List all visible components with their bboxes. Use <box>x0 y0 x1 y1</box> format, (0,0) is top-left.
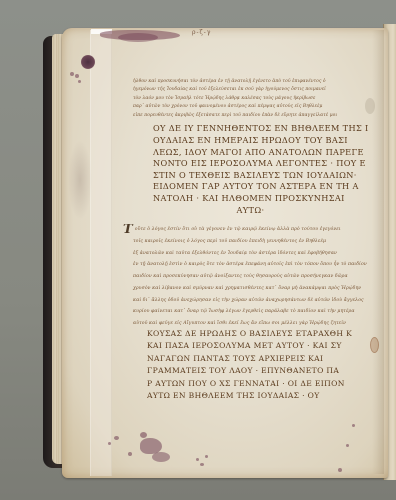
commentary-line: ἡγεμόνων τῆς Ἰουδαίας καὶ τοῦ ἐξελεύσετα… <box>133 86 368 94</box>
lemma-line: Ρ ΑΥΤΩΝ ΠΟΥ Ο ΧΣ ΓΕΝΝΑΤΑΙ · ΟΙ ΔΕ ΕΙΠΟΝ <box>147 378 367 390</box>
stain-speck <box>346 444 349 447</box>
stain-speck <box>205 455 208 458</box>
stain-speck <box>200 463 204 466</box>
lemma-line: ΚΑΙ ΠΑΣΑ ΙΕΡΟΣΟΛΥΜΑ ΜΕΤ ΑΥΤΟΥ · ΚΑΙ ΣΥ <box>147 340 367 352</box>
lemma-line: ΝΑΤΟΛΗ · ΚΑΙ ΗΛΘΟΜΕΝ ΠΡΟΣΚΥΝΗΣΑΙ <box>153 193 368 205</box>
commentary-line: εἶπε πορευθέντες ἀκριβῶς ἐξετάσατε περὶ … <box>133 112 368 120</box>
lemma-line: Τ ΟΥ ΔΕ ΙΥ ΓΕΝΝΗΘΕΝΤΟΣ ΕΝ ΒΗΘΛΕΕΜ ΤΗΣ Ι <box>153 123 368 135</box>
lemma-line: ΝΟΝΤΟ ΕΙΣ ΙΕΡΟΣΟΛΥΜΑ ΛΕΓΟΝΤΕΣ · ΠΟΥ Ε <box>153 158 368 170</box>
text-section-3: Α ΚΟΥΣΑΣ ΔΕ ΗΡΩΔΗΣ Ο ΒΑΣΙΛΕΥΣ ΕΤΑΡΑΧΘΗ Κ… <box>147 328 367 402</box>
commentary-line: κυρίου φαίνεται κατ᾽ ὄναρ τῷ Ἰωσὴφ λέγων… <box>123 306 373 318</box>
lemma-line-text: ΟΥ ΔΕ ΙΥ ΓΕΝΝΗΘΕΝΤΟΣ ΕΝ ΒΗΘΛΕΕΜ ΤΗΣ Ι <box>153 123 368 133</box>
commentary-line: ἦλθον καὶ προσκυνήσαι τὸν ἀστέρα ἐν τῇ ἀ… <box>133 78 368 86</box>
stain-speck <box>70 72 74 76</box>
commentary-line-text: οὔτε ὁ λόγος ἐστίν ὅτι οὐ τὰ γέγονεν ἐν … <box>135 227 341 232</box>
stain-speck <box>338 468 342 472</box>
text-section-1: ἦλθον καὶ προσκυνήσαι τὸν ἀστέρα ἐν τῇ ἀ… <box>133 78 368 216</box>
commentary-line: ἐν τῇ ἀνατολῇ ἐστὶν ὁ καιρὸς ὅτε τὸν ἀστ… <box>123 259 373 271</box>
lemma-line: ΣΤΙΝ Ο ΤΕΧΘΕΙΣ ΒΑΣΙΛΕΥΣ ΤΩΝ ΙΟΥΔΑΙΩΝ· <box>153 170 368 182</box>
text-section-2: Τ οὔτε ὁ λόγος ἐστίν ὅτι οὐ τὰ γέγονεν ἐ… <box>123 224 373 330</box>
page-gutter-shadow <box>372 30 384 474</box>
commentary-line: τοῖς καιροῖς ἐκείνοις ὁ λόγος περὶ τοῦ π… <box>123 236 373 248</box>
lemma-line: ΟΥΔΑΙΑΣ ΕΝ ΗΜΕΡΑΙΣ ΗΡΩΔΟΥ ΤΟΥ ΒΑΣΙ <box>153 135 368 147</box>
commentary-line: ἐξ ἀνατολῶν καὶ ταῦτα ἐξελθόντες ἐν Ἰουδ… <box>123 248 373 260</box>
commentary-line: χρυσὸν καὶ λίβανον καὶ σμύρναν καὶ χρημα… <box>123 283 373 295</box>
commentary-line: παρ᾽ αὐτῶν τὸν χρόνον τοῦ φαινομένου ἀστ… <box>133 103 368 111</box>
commentary-line: Τ οὔτε ὁ λόγος ἐστίν ὅτι οὐ τὰ γέγονεν ἐ… <box>123 224 373 236</box>
decorated-initial: Τ <box>123 224 133 236</box>
stain-bottom-cluster-2 <box>152 452 170 462</box>
lemma-line: Α ΚΟΥΣΑΣ ΔΕ ΗΡΩΔΗΣ Ο ΒΑΣΙΛΕΥΣ ΕΤΑΡΑΧΘΗ Κ <box>147 328 367 340</box>
stain-speck <box>196 458 199 461</box>
stain-bottom-cluster-3 <box>140 432 147 438</box>
stain-round-spot <box>81 55 95 69</box>
foxing-left-margin <box>68 140 92 220</box>
lemma-line: ΑΥΤΩ· <box>153 205 368 217</box>
commentary-line: καὶ δι᾽ ἄλλης ὁδοῦ ἀνεχώρησαν εἰς τὴν χώ… <box>123 295 373 307</box>
stain-speck <box>108 442 111 445</box>
repair-tape-strip <box>90 30 112 476</box>
stain-speck <box>114 436 119 440</box>
lemma-block: Τ ΟΥ ΔΕ ΙΥ ΓΕΝΝΗΘΕΝΤΟΣ ΕΝ ΒΗΘΛΕΕΜ ΤΗΣ Ι … <box>133 123 368 216</box>
water-stain-right <box>370 337 379 353</box>
lemma-line-text: ΚΟΥΣΑΣ ΔΕ ΗΡΩΔΗΣ Ο ΒΑΣΙΛΕΥΣ ΕΤΑΡΑΧΘΗ Κ <box>147 329 352 338</box>
lemma-line: ΑΥΤΩ ΕΝ ΒΗΘΛΕΕΜ ΤΗΣ ΙΟΥΔΑΙΑΣ · ΟΥ <box>147 390 367 402</box>
stain-speck <box>78 80 81 83</box>
top-margin-note: ρ‐ζ‐γ <box>192 29 211 36</box>
lemma-line: ΕΙΔΟΜΕΝ ΓΑΡ ΑΥΤΟΥ ΤΟΝ ΑΣΤΕΡΑ ΕΝ ΤΗ Α <box>153 181 368 193</box>
commentary-line: τὸν λαόν μου τὸν Ἰσραὴλ τότε Ἡρῴδης λάθρ… <box>133 95 368 103</box>
stain-speck <box>128 452 132 456</box>
lemma-line: ΓΡΑΜΜΑΤΕΙΣ ΤΟΥ ΛΑΟΥ · ΕΠΥΝΘΑΝΕΤΟ ΠΑ <box>147 365 367 377</box>
stain-speck <box>352 424 355 427</box>
stain-speck <box>75 74 79 78</box>
lemma-line: ΝΑΓΑΓΩΝ ΠΑΝΤΑΣ ΤΟΥΣ ΑΡΧΙΕΡΕΙΣ ΚΑΙ <box>147 353 367 365</box>
commentary-line: παιδίον καὶ προσεκύνησαν αὐτῷ ἀνοίξαντες… <box>123 271 373 283</box>
lemma-line: ΛΕΩΣ, ΙΔΟΥ ΜΑΓΟΙ ΑΠΟ ΑΝΑΤΟΛΩΝ ΠΑΡΕΓΕ <box>153 147 368 159</box>
manuscript-photo: ρ‐ζ‐γ ἦλθον καὶ προσκυνήσαι τὸν ἀστέρα ἐ… <box>0 0 396 500</box>
stain-top-margin-2 <box>118 33 158 42</box>
